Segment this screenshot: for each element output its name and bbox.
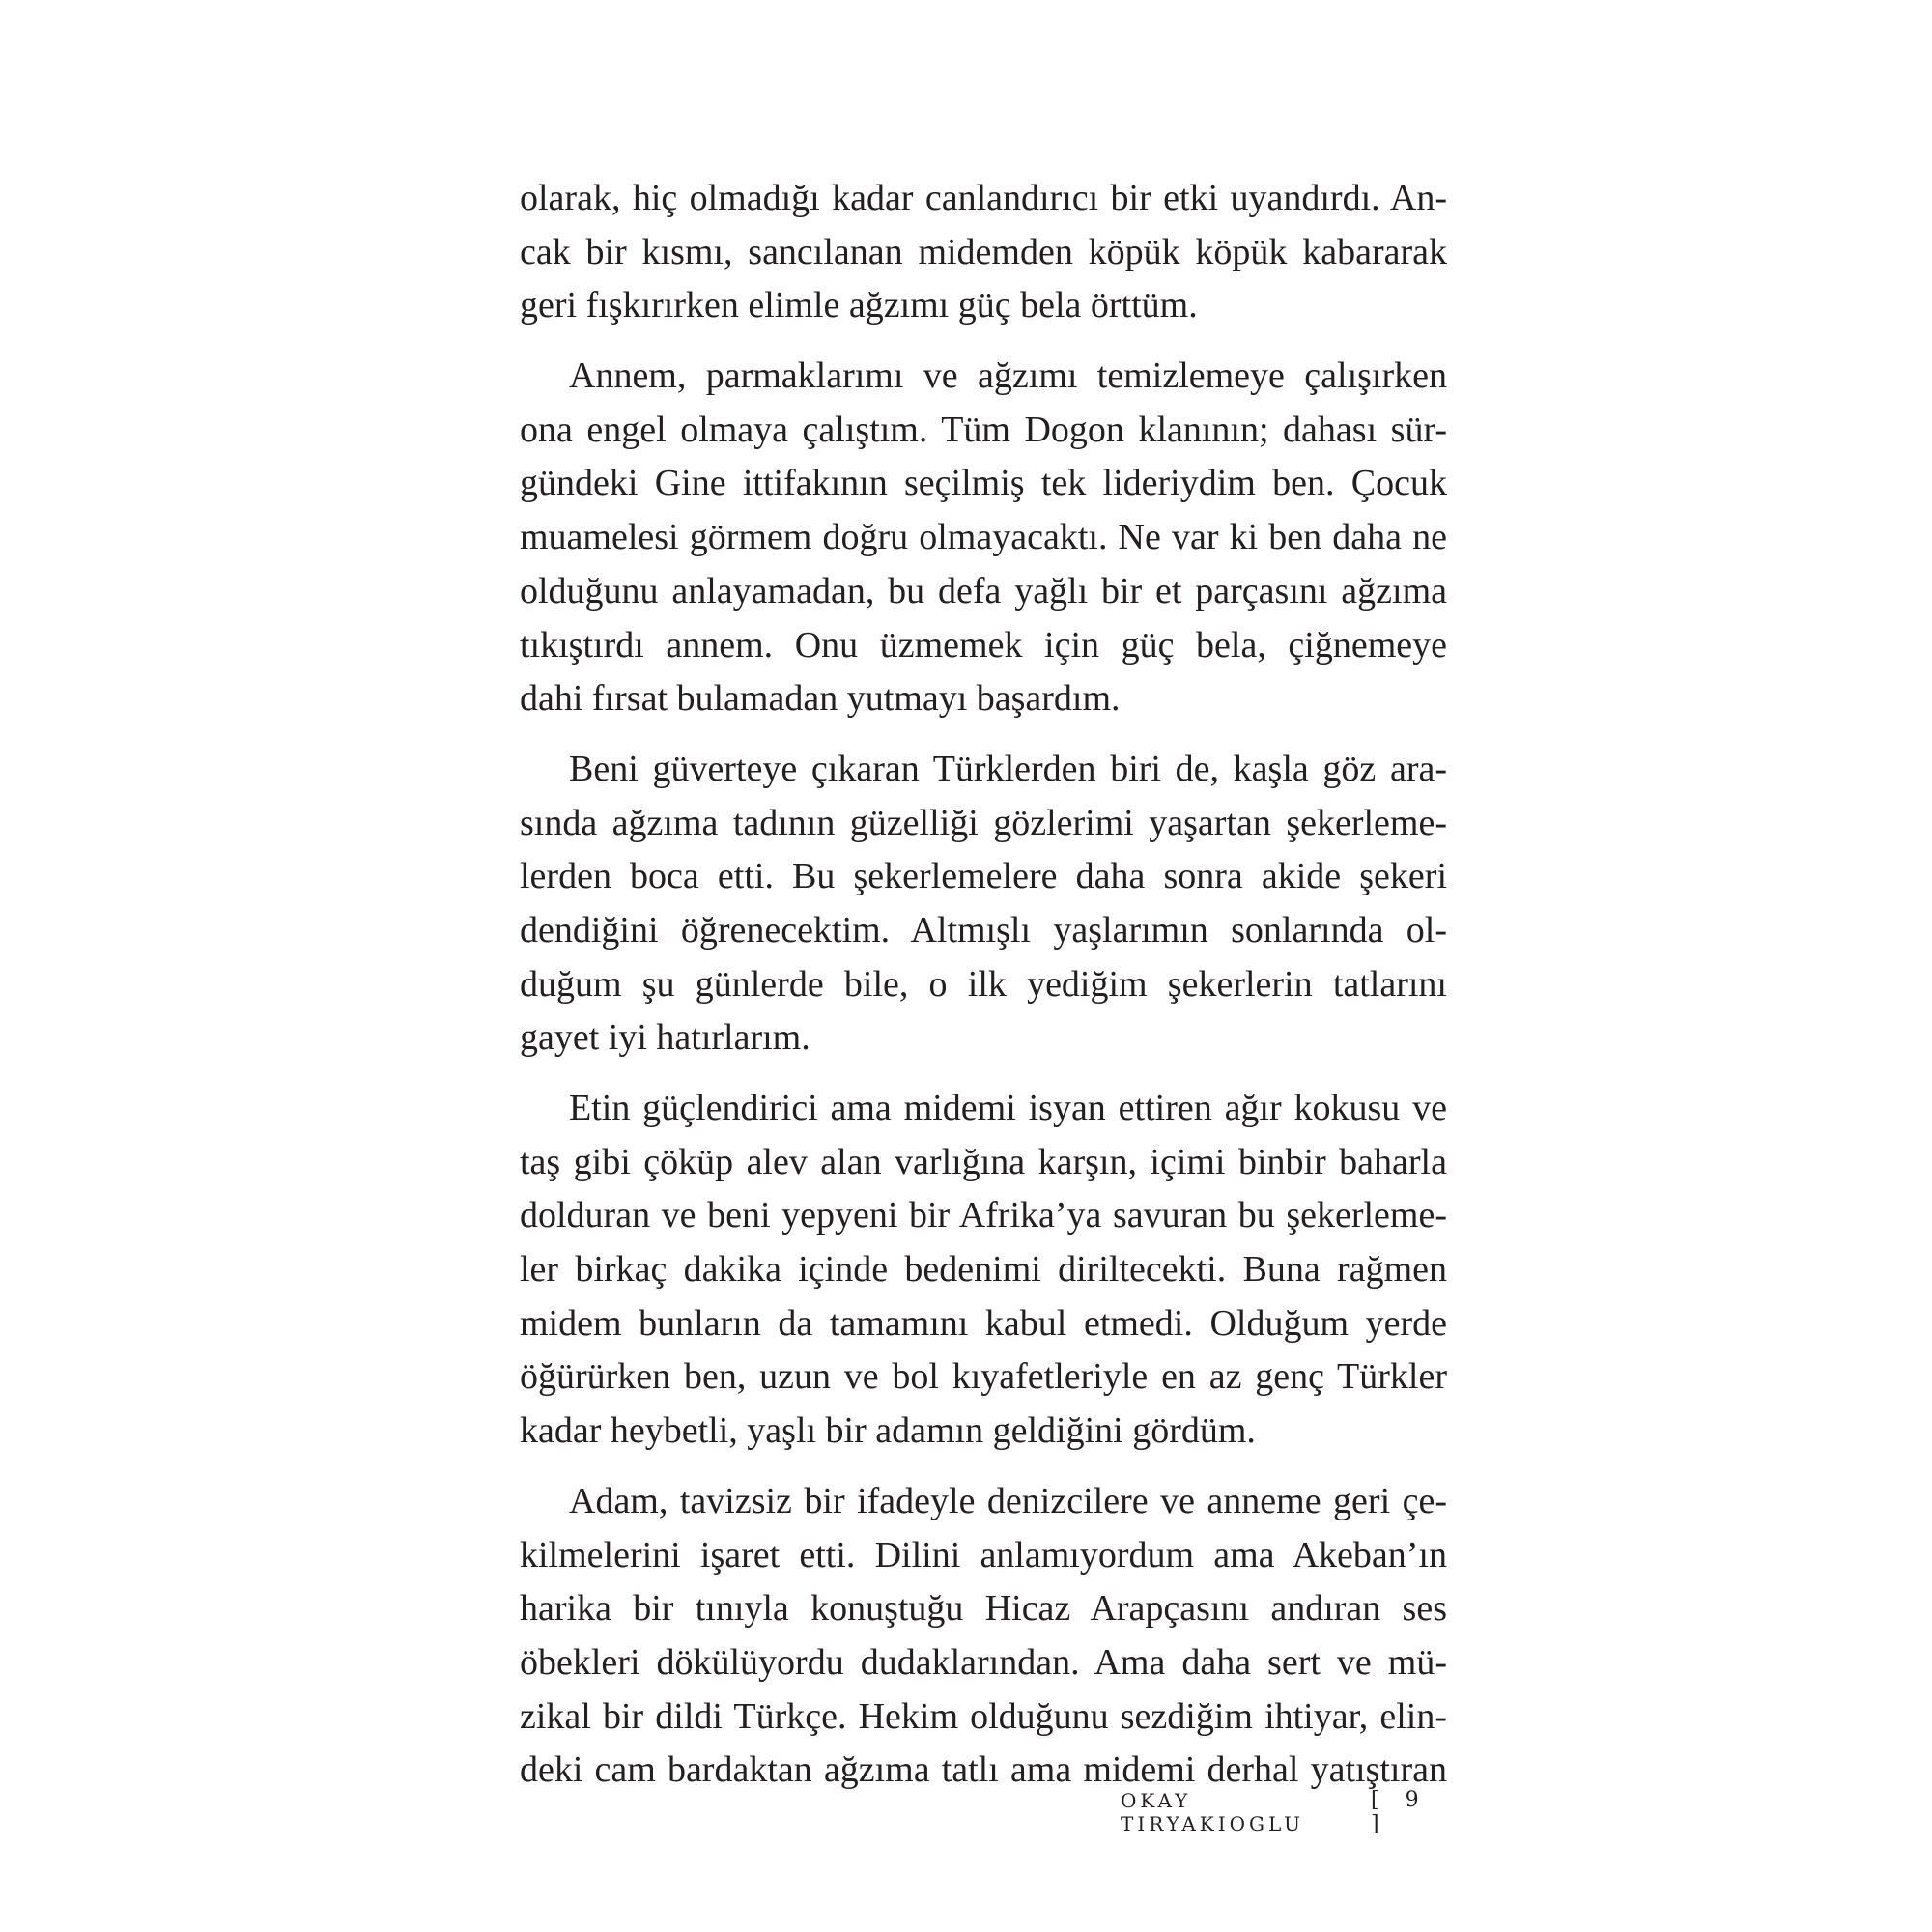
text-line: gayet iyi hatırlarım. bbox=[520, 1011, 1447, 1065]
text-line: muamelesi görmem doğru olmayacaktı. Ne v… bbox=[520, 511, 1447, 565]
author-name: Okay Tiryakioglu bbox=[1121, 1789, 1346, 1835]
text-line: duğum şu günlerde bile, o ilk yediğim şe… bbox=[520, 958, 1447, 1012]
paragraph-3: Beni güverteye çıkaran Türklerden biri d… bbox=[520, 743, 1447, 1065]
text-line: harika bir tınıyla konuştuğu Hicaz Arapç… bbox=[520, 1582, 1447, 1636]
book-page: olarak, hiç olmadığı kadar canlandırıcı … bbox=[0, 0, 1932, 1932]
text-line: midem bunların da tamamını kabul etmedi.… bbox=[520, 1297, 1447, 1351]
paragraph-4: Etin güçlendirici ama midemi isyan ettir… bbox=[520, 1082, 1447, 1459]
text-line: Annem, parmaklarımı ve ağzımı temizlemey… bbox=[520, 350, 1447, 404]
text-line: dendiğini öğrenecektim. Altmışlı yaşları… bbox=[520, 904, 1447, 958]
paragraph-5: Adam, tavizsiz bir ifadeyle denizcilere … bbox=[520, 1475, 1447, 1798]
text-line: kadar heybetli, yaşlı bir adamın geldiği… bbox=[520, 1405, 1447, 1459]
text-line: Etin güçlendirici ama midemi isyan ettir… bbox=[520, 1082, 1447, 1136]
text-line: sında ağzıma tadının güzelliği gözlerimi… bbox=[520, 797, 1447, 851]
text-line: olduğunu anlayamadan, bu defa yağlı bir … bbox=[520, 565, 1447, 619]
running-footer: Okay Tiryakioglu [ 9 ] bbox=[1121, 1793, 1449, 1832]
text-line: kilmelerini işaret etti. Dilini anlamıyo… bbox=[520, 1529, 1447, 1583]
text-line: tıkıştırdı annem. Onu üzmemek için güç b… bbox=[520, 619, 1447, 673]
text-line: ler birkaç dakika içinde bedenimi dirilt… bbox=[520, 1243, 1447, 1297]
text-line: cak bir kısmı, sancılanan midemden köpük… bbox=[520, 226, 1447, 280]
page-number: [ 9 ] bbox=[1371, 1788, 1449, 1836]
text-line: öğürürken ben, uzun ve bol kıyafetleriyl… bbox=[520, 1350, 1447, 1405]
text-line: zikal bir dildi Türkçe. Hekim olduğunu s… bbox=[520, 1690, 1447, 1745]
text-line: olarak, hiç olmadığı kadar canlandırıcı … bbox=[520, 172, 1447, 226]
text-line: gündeki Gine ittifakının seçilmiş tek li… bbox=[520, 457, 1447, 511]
text-line: lerden boca etti. Bu şekerlemelere daha … bbox=[520, 850, 1447, 904]
text-line: dolduran ve beni yepyeni bir Afrika’ya s… bbox=[520, 1189, 1447, 1243]
text-line: taş gibi çöküp alev alan varlığına karşı… bbox=[520, 1136, 1447, 1190]
body-text: olarak, hiç olmadığı kadar canlandırıcı … bbox=[520, 172, 1447, 1814]
text-line: dahi fırsat bulamadan yutmayı başardım. bbox=[520, 672, 1447, 726]
paragraph-2: Annem, parmaklarımı ve ağzımı temizlemey… bbox=[520, 350, 1447, 726]
text-line: Beni güverteye çıkaran Türklerden biri d… bbox=[520, 743, 1447, 797]
text-line: Adam, tavizsiz bir ifadeyle denizcilere … bbox=[520, 1475, 1447, 1529]
text-line: geri fışkırırken elimle ağzımı güç bela … bbox=[520, 279, 1447, 333]
text-line: ona engel olmaya çalıştım. Tüm Dogon kla… bbox=[520, 404, 1447, 458]
paragraph-1: olarak, hiç olmadığı kadar canlandırıcı … bbox=[520, 172, 1447, 333]
text-line: öbekleri dökülüyordu dudaklarından. Ama … bbox=[520, 1636, 1447, 1690]
